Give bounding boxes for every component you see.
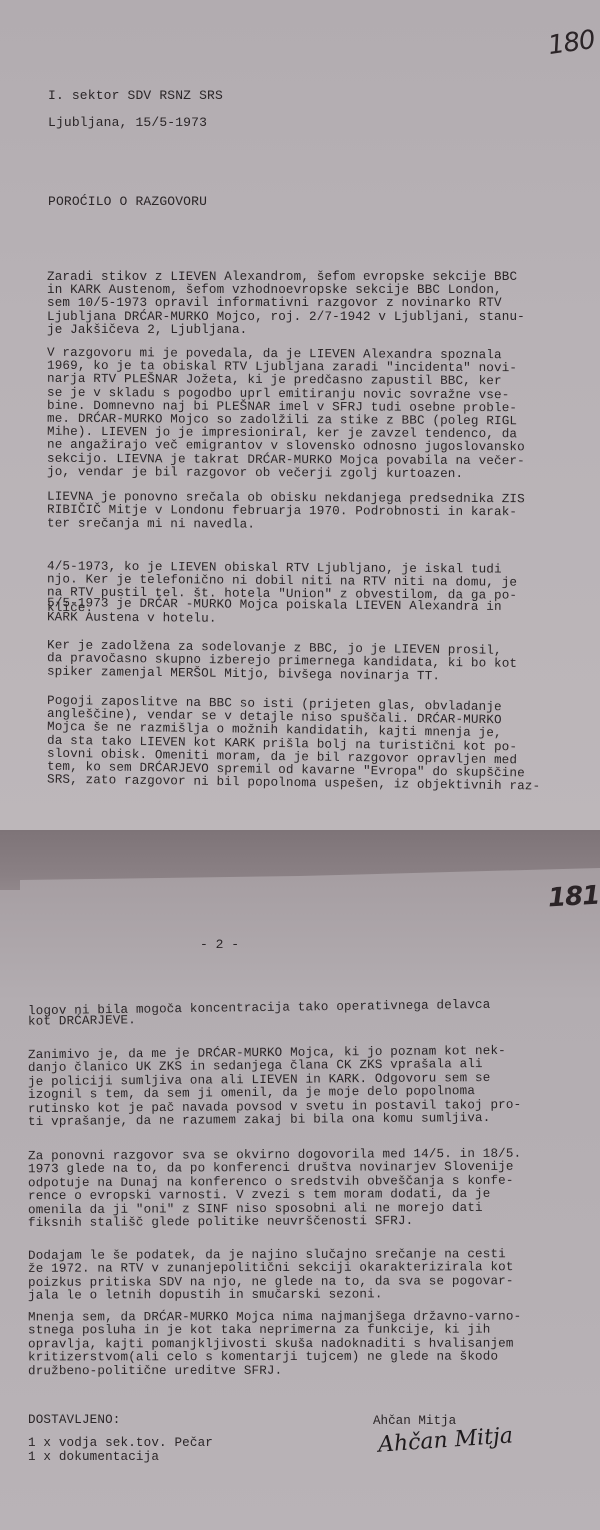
distribution-item: 1 x dokumentacija: [28, 1450, 159, 1464]
text-line: stnega posluha in je kot taka neprimerna…: [28, 1323, 490, 1338]
text-line: KARK Austena v hotelu.: [47, 610, 217, 626]
text-line: Ljubljana DRĆAR-MURKO Mojco, roj. 2/7-19…: [47, 310, 525, 324]
text-line: je Jakšičeva 2, Ljubljana.: [47, 323, 247, 337]
text-line: kot DRĆARJEVE.: [28, 1014, 136, 1030]
signatory-name: Ahčan Mitja: [373, 1414, 456, 1428]
organization-header: I. sektor SDV RSNZ SRS: [48, 89, 223, 103]
text-line: fiksnih stališč glede politike neuvrščen…: [28, 1214, 413, 1230]
text-line: ter srečanja mi ni navedla.: [47, 517, 255, 532]
text-line: jala le o letnih dopustih in smučarski s…: [28, 1288, 383, 1303]
document-title: POROĆILO O RAZGOVORU: [48, 195, 207, 209]
text-line: jo, vendar je bil razgovor ob večerji zg…: [47, 465, 463, 481]
text-line: Zaradi stikov z LIEVEN Alexandrom, šefom…: [47, 270, 517, 284]
place-date: Ljubljana, 15/5-1973: [48, 116, 207, 130]
page-number: - 2 -: [200, 937, 239, 952]
text-line: sem 10/5-1973 opravil informativni razgo…: [47, 296, 502, 310]
text-line: družbeno-politične ureditve SFRJ.: [28, 1363, 282, 1378]
text-line: kritizerstvom(ali celo s komentarji tujc…: [28, 1350, 498, 1365]
text-line: in KARK Austenom, šefom vzhodnoevropske …: [47, 283, 502, 297]
folio-number-page-1: 180: [546, 25, 596, 61]
folio-number-page-2: 181: [547, 881, 600, 914]
distribution-heading: DOSTAVLJENO:: [28, 1413, 121, 1427]
distribution-item: 1 x vodja sek.tov. Pečar: [28, 1436, 213, 1450]
